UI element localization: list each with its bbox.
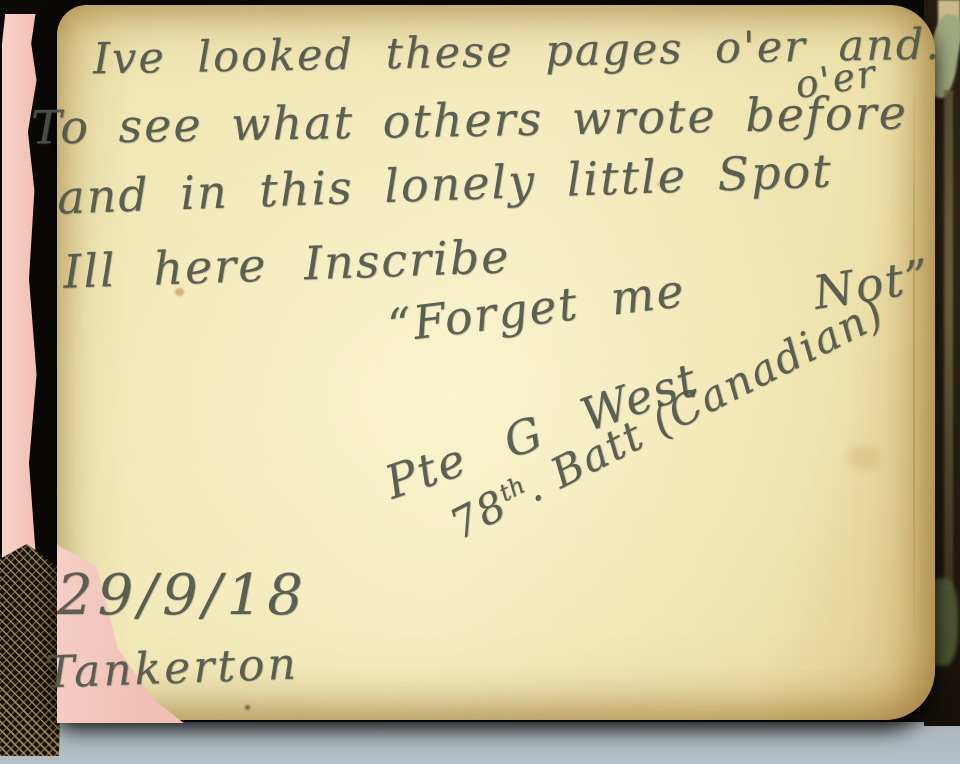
- age-spot: [847, 445, 881, 471]
- scanned-album-photo: Ive looked these pages o'er and. o'er To…: [0, 0, 960, 764]
- album-page: Ive looked these pages o'er and. o'er To…: [57, 5, 935, 720]
- age-spot: [245, 705, 250, 710]
- date-handwritten: 29/9/18: [57, 563, 308, 628]
- handwriting-line-2: To see what others wrote before: [31, 85, 909, 154]
- place-handwritten: Tankerton: [44, 639, 299, 699]
- page-crease: [913, 60, 915, 660]
- adjacent-page-edge: [944, 90, 953, 590]
- handwriting-line-3: and in this lonely little Spot: [56, 143, 833, 224]
- handwriting-line-4: Ill here Inscribe: [62, 229, 511, 299]
